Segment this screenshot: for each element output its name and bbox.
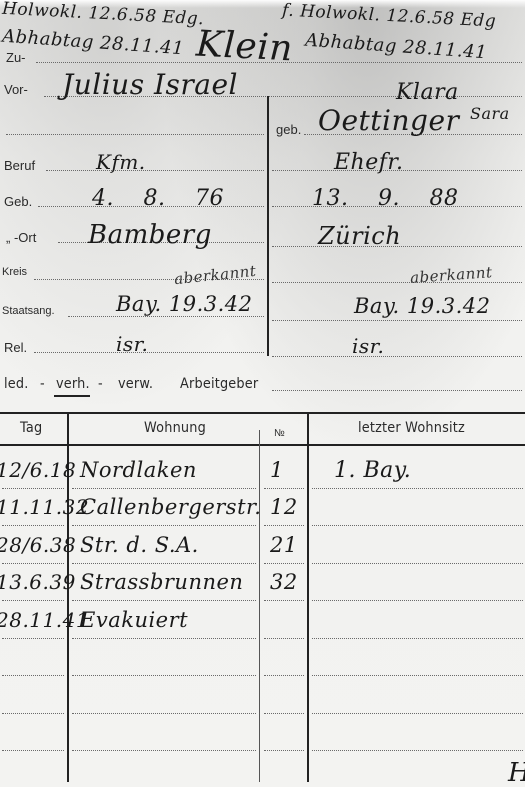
row-address: Strassbrunnen xyxy=(80,570,243,594)
row-date: 12/6.18 xyxy=(0,458,76,482)
surname-value: Klein xyxy=(195,23,294,69)
column-header-address: Wohnung xyxy=(144,420,206,436)
dotted-line xyxy=(2,563,64,564)
status-single: led. xyxy=(4,376,29,392)
spouse-birthplace-value: Zürich xyxy=(318,222,401,250)
dotted-line xyxy=(272,282,522,283)
dotted-line xyxy=(264,525,304,526)
label-surname: Zu- xyxy=(6,50,26,65)
column-header-date: Tag xyxy=(20,420,42,436)
dotted-line xyxy=(68,316,264,317)
label-religion: Rel. xyxy=(4,340,27,355)
occupation-value: Kfm. xyxy=(96,150,146,174)
status-widowed: verw. xyxy=(118,376,153,392)
label-occupation: Beruf xyxy=(4,158,35,173)
label-born: Geb. xyxy=(4,194,32,209)
dotted-line xyxy=(72,488,256,489)
citizenship-note: aberkannt xyxy=(173,262,257,289)
spouse-religion-value: isr. xyxy=(352,334,384,358)
dotted-line xyxy=(312,713,523,714)
dotted-line xyxy=(312,638,523,639)
label-birthplace: „ -Ort xyxy=(6,230,36,245)
dotted-line xyxy=(2,750,64,751)
dotted-line xyxy=(2,675,64,676)
row-date: 28.11.41 xyxy=(0,608,89,632)
dotted-line xyxy=(264,638,304,639)
dotted-line xyxy=(312,600,523,601)
birth-date-value: 4. 8. 76 xyxy=(92,186,224,211)
dotted-line xyxy=(72,713,256,714)
dotted-line xyxy=(264,713,304,714)
corner-mark: H xyxy=(508,758,525,787)
given-name-value: Julius Israel xyxy=(62,68,238,101)
row-number: 32 xyxy=(270,570,298,594)
status-separator: - xyxy=(98,376,103,392)
dotted-line xyxy=(312,675,523,676)
departure-left: Abhabtag 28.11.41 xyxy=(1,26,184,60)
departure-right: Abhabtag 28.11.41 xyxy=(304,30,487,64)
dotted-line xyxy=(312,525,523,526)
row-last-residence: 1. Bay. xyxy=(334,458,411,483)
label-district: Kreis xyxy=(2,266,27,278)
registration-card: Holwokl. 12.6.58 Edg. f. Holwokl. 12.6.5… xyxy=(0,0,525,787)
column-header-number: № xyxy=(274,428,285,439)
dotted-line xyxy=(272,356,522,357)
row-address: Callenbergerstr. xyxy=(80,495,261,519)
label-given-name: Vor- xyxy=(4,82,28,97)
spouse-maiden-name: Oettinger xyxy=(318,104,459,137)
dotted-line xyxy=(72,638,256,639)
table-top-border xyxy=(0,412,525,414)
table-col-divider xyxy=(307,414,309,782)
dotted-line xyxy=(312,563,523,564)
table-col-divider xyxy=(259,430,260,782)
row-number: 1 xyxy=(270,458,284,482)
row-number: 12 xyxy=(270,495,298,519)
dotted-line xyxy=(2,488,64,489)
dotted-line xyxy=(312,750,523,751)
dotted-line xyxy=(34,352,264,353)
dotted-line xyxy=(312,488,523,489)
row-date: 13.6.39 xyxy=(0,570,76,594)
column-header-last-residence: letzter Wohnsitz xyxy=(358,420,465,436)
birthplace-value: Bamberg xyxy=(88,220,212,250)
row-number: 21 xyxy=(270,533,298,557)
dotted-line xyxy=(6,134,264,135)
status-married: verh. xyxy=(56,376,90,392)
dotted-line xyxy=(2,713,64,714)
dotted-line xyxy=(264,488,304,489)
spouse-citizenship-value: Bay. 19.3.42 xyxy=(354,294,491,318)
spouse-citizenship-note: aberkannt xyxy=(409,263,493,287)
label-citizenship: Staatsang. xyxy=(2,305,55,317)
dotted-line xyxy=(264,563,304,564)
dotted-line xyxy=(264,600,304,601)
table-header-border xyxy=(0,444,525,446)
row-date: 28/6.38 xyxy=(0,533,76,557)
dotted-line xyxy=(72,525,256,526)
dotted-line xyxy=(72,600,256,601)
row-address: Str. d. S.A. xyxy=(80,533,199,557)
spouse-given-name-2: Sara xyxy=(470,104,510,123)
dotted-line xyxy=(72,675,256,676)
spouse-occupation-value: Ehefr. xyxy=(334,150,403,175)
dotted-line xyxy=(72,750,256,751)
dotted-line xyxy=(2,525,64,526)
label-maiden: geb. xyxy=(276,122,301,137)
row-address: Nordlaken xyxy=(80,458,197,482)
column-divider xyxy=(267,96,269,356)
dotted-line xyxy=(2,638,64,639)
row-address: Evakuiert xyxy=(80,608,188,632)
dotted-line xyxy=(264,675,304,676)
row-date: 11.11.32 xyxy=(0,495,89,519)
status-separator: - xyxy=(40,376,45,392)
dotted-line xyxy=(46,170,264,171)
dotted-line xyxy=(2,600,64,601)
dotted-line xyxy=(272,320,522,321)
dotted-line xyxy=(272,390,522,391)
dotted-line xyxy=(264,750,304,751)
status-married-underline xyxy=(54,395,90,397)
spouse-birth-date-value: 13. 9. 88 xyxy=(312,186,458,211)
label-employer: Arbeitgeber xyxy=(180,376,258,392)
spouse-given-name: Klara xyxy=(396,80,459,105)
dotted-line xyxy=(72,563,256,564)
religion-value: isr. xyxy=(116,332,148,356)
citizenship-value: Bay. 19.3.42 xyxy=(116,292,253,316)
